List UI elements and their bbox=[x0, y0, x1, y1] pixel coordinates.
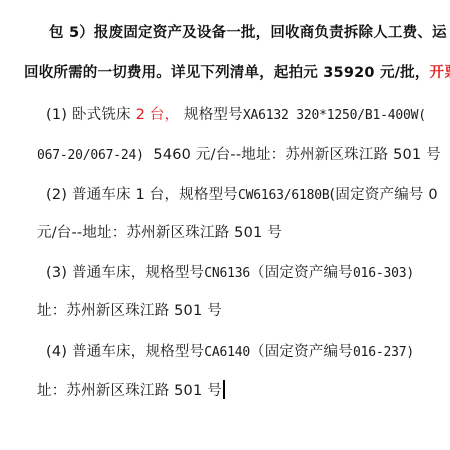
item-4-text-after: （固定资产编号 bbox=[250, 344, 353, 360]
item-2-continuation: 元/台--地址：苏州新区珠江路 501 号 bbox=[37, 223, 282, 243]
heading-text-2: 回收所需的一切费用。详见下列清单，起拍元 35920 元/批， bbox=[24, 65, 430, 81]
item-4-continuation: 址：苏州新区珠江路 501 号 bbox=[37, 380, 225, 401]
item-2-spec-value: CW6163/6180B bbox=[238, 188, 330, 203]
document-page[interactable]: 包 5）报废固定资产及设备一批，回收商负责拆除人工费、运 回收所需的一切费用。详… bbox=[0, 0, 450, 450]
item-3-address: 址：苏州新区珠江路 501 号 bbox=[37, 303, 222, 319]
item-1-continuation: 067-20/067-24) 5460 元/台--地址：苏州新区珠江路 501 … bbox=[37, 145, 441, 166]
item-4-address: 址：苏州新区珠江路 501 号 bbox=[37, 383, 222, 399]
item-3-spec-value: CN6136 bbox=[204, 266, 250, 281]
item-3-text: 普通车床，规格型号 bbox=[72, 265, 204, 281]
item-4-text: 普通车床，规格型号 bbox=[72, 344, 204, 360]
item-3-continuation: 址：苏州新区珠江路 501 号 bbox=[37, 301, 222, 321]
item-4-index: (4) bbox=[46, 344, 67, 360]
item-3-line: (3) 普通车床，规格型号CN6136（固定资产编号016-303) bbox=[46, 263, 414, 284]
item-3-index: (3) bbox=[46, 265, 67, 281]
item-2-text: 普通车床 1 台，规格型号 bbox=[72, 187, 238, 203]
heading-line-2: 回收所需的一切费用。详见下列清单，起拍元 35920 元/批，开票 bbox=[24, 63, 450, 83]
heading-red-text: 开票 bbox=[430, 65, 450, 81]
item-4-line: (4) 普通车床，规格型号CA6140（固定资产编号016-237) bbox=[46, 342, 414, 363]
item-1-quantity: 2 台， bbox=[136, 107, 180, 123]
heading-text-1: 包 5）报废固定资产及设备一批，回收商负责拆除人工费、运 bbox=[49, 25, 447, 41]
item-4-spec-value: CA6140 bbox=[204, 345, 250, 360]
item-1-name: 卧式铣床 bbox=[72, 107, 131, 123]
item-1-price-address: 5460 元/台--地址：苏州新区珠江路 501 号 bbox=[144, 147, 441, 163]
item-1-asset-codes: 067-20/067-24) bbox=[37, 148, 144, 163]
item-3-text-after: （固定资产编号 bbox=[250, 265, 353, 281]
text-cursor bbox=[223, 380, 225, 399]
item-1-line: (1) 卧式铣床 2 台， 规格型号XA6132 320*1250/B1-400… bbox=[46, 105, 426, 126]
item-1-index: (1) bbox=[46, 107, 67, 123]
item-1-spec-value: XA6132 320*1250/B1-400W( bbox=[243, 108, 426, 123]
item-2-line: (2) 普通车床 1 台，规格型号CW6163/6180B(固定资产编号 0 bbox=[46, 185, 438, 206]
item-2-text-after: (固定资产编号 0 bbox=[330, 187, 438, 203]
heading-line-1: 包 5）报废固定资产及设备一批，回收商负责拆除人工费、运 bbox=[49, 23, 447, 43]
item-4-asset-number: 016-237) bbox=[353, 345, 414, 360]
item-1-spec-label: 规格型号 bbox=[184, 107, 243, 123]
item-3-asset-number: 016-303) bbox=[353, 266, 414, 281]
item-2-price-address: 元/台--地址：苏州新区珠江路 501 号 bbox=[37, 225, 282, 241]
item-2-index: (2) bbox=[46, 187, 67, 203]
